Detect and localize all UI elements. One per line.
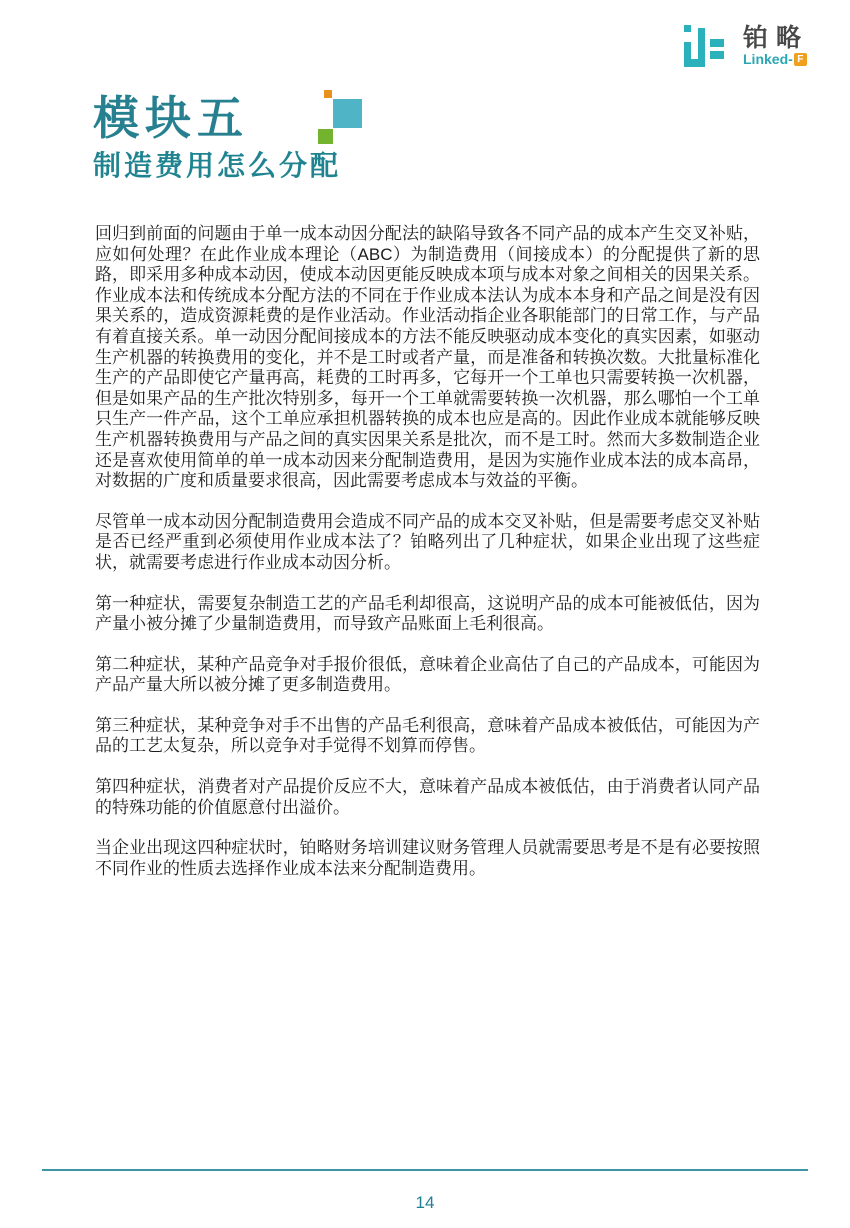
- brand-f-badge: F: [794, 53, 807, 66]
- paragraph-2: 尽管单一成本动因分配制造费用会造成不同产品的成本交叉补贴，但是需要考虑交叉补贴是…: [95, 512, 760, 574]
- brand-name-en-prefix: Linked-: [743, 52, 793, 67]
- logo-icon-bar-top: [710, 39, 724, 47]
- brand-text: 铂略 Linked- F: [743, 25, 809, 67]
- paragraph-7: 当企业出现这四种症状时，铂略财务培训建议财务管理人员就需要思考是不是有必要按照不…: [95, 838, 760, 879]
- page-number: 14: [0, 1193, 850, 1213]
- brand-logo: 铂略 Linked- F: [684, 25, 809, 69]
- logo-icon-square: [684, 25, 691, 32]
- page-subtitle: 制造费用怎么分配: [93, 150, 341, 182]
- brand-name-en: Linked- F: [743, 52, 809, 67]
- footer-divider: [42, 1169, 808, 1171]
- document-page: 铂略 Linked- F 模块五 制造费用怎么分配 回归到前面的问题由于单一成本…: [0, 0, 850, 1228]
- linked-f-logo-icon: [684, 25, 730, 69]
- paragraph-4: 第二种症状，某种产品竞争对手报价很低，意味着企业高估了自己的产品成本，可能因为产…: [95, 655, 760, 696]
- paragraph-5: 第三种症状，某种竞争对手不出售的产品毛利很高，意味着产品成本被低估，可能因为产品…: [95, 716, 760, 757]
- paragraph-6: 第四种症状，消费者对产品提价反应不大，意味着产品成本被低估，由于消费者认同产品的…: [95, 777, 760, 818]
- title-block: 模块五 制造费用怎么分配: [93, 92, 341, 182]
- page-title: 模块五: [93, 92, 341, 144]
- paragraph-3: 第一种症状，需要复杂制造工艺的产品毛利却很高，这说明产品的成本可能被低估，因为产…: [95, 594, 760, 635]
- body-text: 回归到前面的问题由于单一成本动因分配法的缺陷导致各不同产品的成本产生交叉补贴，应…: [95, 224, 760, 899]
- paragraph-1: 回归到前面的问题由于单一成本动因分配法的缺陷导致各不同产品的成本产生交叉补贴，应…: [95, 224, 760, 492]
- logo-icon-bar-bottom: [710, 51, 724, 59]
- brand-name-cn: 铂略: [743, 25, 809, 51]
- logo-icon-spine: [698, 28, 705, 67]
